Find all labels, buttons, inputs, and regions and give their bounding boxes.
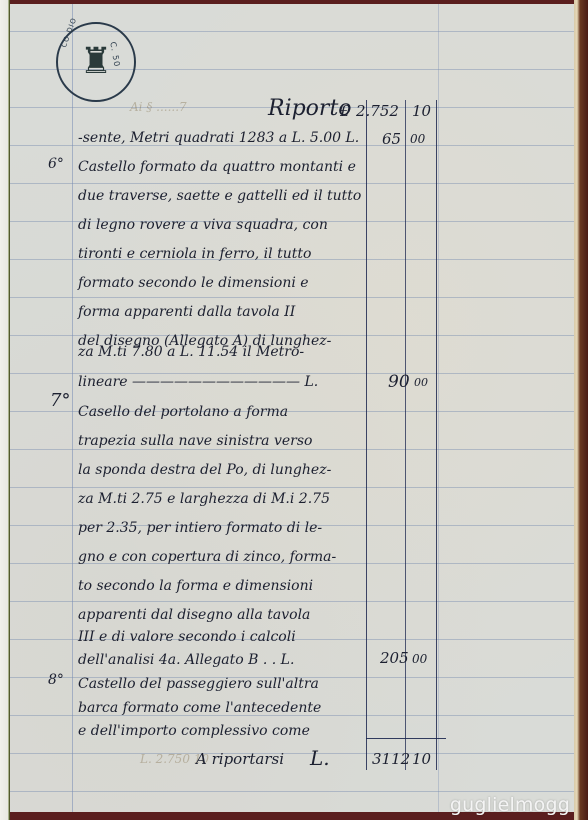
ledger-line: due traverse, saette e gattelli ed il tu…: [78, 188, 361, 204]
line-cents: 00: [414, 376, 428, 389]
ledger-line: la sponda destra del Po, di lunghez-: [78, 462, 331, 478]
margin-line: [72, 4, 73, 812]
ledger-line: III e di valore secondo i calcoli: [78, 629, 296, 645]
book-cover-edge: [574, 0, 588, 820]
ledger-line: e dell'importo complessivo come: [78, 723, 310, 739]
item-number: 8°: [48, 672, 64, 688]
riporto-lire: 2.752: [356, 102, 399, 120]
faint-column-line: [438, 4, 439, 812]
footer-cents: 10: [412, 750, 431, 768]
total-rule-line: [366, 738, 446, 739]
ledger-line: za M.ti 2.75 e larghezza di M.i 2.75: [78, 491, 330, 507]
line-lire: 65: [382, 130, 401, 148]
ledger-line: gno e con copertura di zinco, forma-: [78, 549, 336, 565]
riporto-currency: £: [340, 102, 350, 120]
ledger-line: formato secondo le dimensioni e: [78, 275, 309, 291]
photographer-watermark: guglielmogg: [450, 794, 570, 816]
line-lire: 90: [388, 372, 410, 392]
ledger-line: Casello del portolano a forma: [78, 404, 288, 420]
a-riportarsi-label: A riportarsi: [196, 750, 284, 768]
ledger-line: tironti e cerniola in ferro, il tutto: [78, 246, 311, 262]
ledger-line: lineare ———————————— L.: [78, 374, 318, 390]
ledger-line: za M.ti 7.80 a L. 11.54 il Metro-: [78, 344, 304, 360]
footer-lire: 3112: [372, 750, 410, 768]
lire-column-left-border: [366, 100, 367, 770]
ledger-line: Castello del passeggiero sull'altra: [78, 676, 319, 692]
ledger-line: Castello formato da quattro montanti e: [78, 159, 356, 175]
cents-column-divider: [405, 100, 406, 770]
riporto-cents: 10: [412, 102, 431, 120]
revenue-stamp: CO DIO ♜ C. 50: [56, 22, 136, 102]
ledger-line: to secondo la forma e dimensioni: [78, 578, 313, 594]
item-number: 7°: [50, 390, 70, 411]
ledger-line: dell'analisi 4a. Allegato B . . L.: [78, 652, 294, 668]
amount-column-right-border: [436, 100, 437, 770]
adjacent-page-edge: [0, 0, 10, 820]
ledger-page: CO DIO ♜ C. 50 Ai § ......7 Riporto £ 2.…: [10, 4, 576, 812]
allegorical-figure-icon: ♜: [80, 44, 112, 80]
ledger-line: per 2.35, per intiero formato di le-: [78, 520, 322, 536]
ledger-line: trapezia sulla nave sinistra verso: [78, 433, 312, 449]
line-cents: 00: [412, 652, 427, 666]
line-lire: 205: [380, 649, 409, 667]
riporto-label: Riporto: [268, 96, 352, 121]
ledger-line: -sente, Metri quadrati 1283 a L. 5.00 L.: [78, 130, 359, 146]
line-cents: 00: [410, 132, 425, 146]
footer-currency: L.: [310, 746, 330, 770]
ledger-line: barca formato come l'antecedente: [78, 700, 321, 716]
bleed-through-text-top: Ai § ......7: [130, 100, 187, 114]
ledger-line: di legno rovere a viva squadra, con: [78, 217, 328, 233]
ledger-line: forma apparenti dalla tavola II: [78, 304, 295, 320]
ledger-line: apparenti dal disegno alla tavola: [78, 607, 310, 623]
item-number: 6°: [48, 156, 64, 172]
